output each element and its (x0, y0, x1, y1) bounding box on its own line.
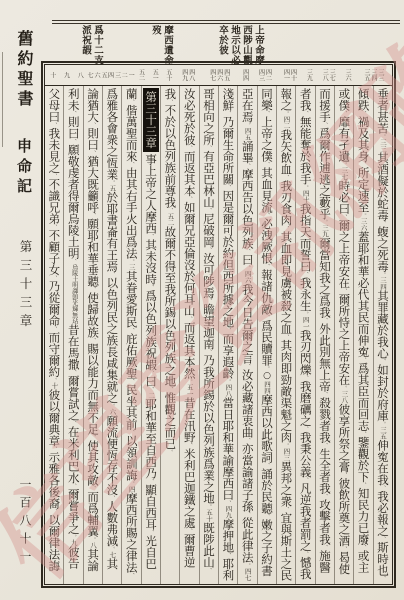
punctuation: 、 (187, 146, 193, 151)
text-column: 而援手、爲爾作逋逃之藪乎。三九爾當知我之爲我、外此別無上帝、殺戮者我、生全者我、… (315, 86, 334, 584)
verse-number: 三八 (340, 391, 348, 404)
punctuation: 、 (225, 553, 231, 558)
summary-annotation-group: 上帝命摩西陟山觀地示以必卒於彼 (216, 25, 264, 65)
section-circle: ○ (262, 371, 272, 381)
punctuation: 、 (148, 530, 154, 535)
punctuation: 、 (167, 100, 173, 105)
gloss-note: 烏陵土明譯卽光輝無玷 (71, 264, 78, 324)
punctuation: 、 (361, 432, 367, 437)
verse-strip-number: 五二 (137, 69, 143, 81)
verse-strip-number: 四五 (223, 69, 229, 81)
punctuation: 、 (380, 221, 386, 226)
punctuation: 、 (303, 427, 309, 432)
text-column: 或僕、靡有孑遺。三七時必曰、爾之上帝安在、爾所恃之上帝安在。三八彼享所祭之膏、彼… (334, 86, 353, 584)
punctuation: 、 (148, 285, 154, 290)
verse-number: 四 (128, 486, 136, 493)
verse-strip-cell: 一二 (120, 72, 134, 78)
punctuation: 、 (51, 225, 57, 230)
punctuation: 、 (90, 287, 96, 292)
verse-strip-number: 四三 (258, 69, 264, 81)
verse-strip-number: 十 (49, 72, 55, 78)
verse-strip-cell: 三九 (302, 69, 316, 81)
verse-number: 四四 (263, 381, 271, 394)
verse-strip-cell: 十 (45, 72, 59, 78)
verse-strip-number: 四 (106, 72, 112, 78)
punctuation: 、 (71, 421, 77, 426)
text-column: 同樂、上帝之僕、其血見流、必洩厥恨、報諸仇敵、爲民贖罪。○四四摩西以此歌詞、誦於… (257, 86, 276, 584)
punctuation: 、 (380, 359, 386, 364)
text-column: 第三十三章事上帝之人摩西、其未沒時、爲以色列族祝嘏、曰、二耶和華至自西乃、顯自西… (141, 86, 160, 584)
punctuation: 、 (341, 547, 347, 552)
summary-annotation-column: 地示以必 (228, 25, 240, 65)
punctuation: 、 (245, 364, 251, 369)
text-column: 蘭、偕萬聖而來、由其右手火出爲法。三其眷愛斯民、庇佑厥聖、民坐其前、以領訓誨。四… (121, 86, 140, 584)
punctuation: 、 (303, 552, 309, 557)
verse-strip-number: 三六 (344, 69, 350, 81)
verse-strip-number: 七 (86, 72, 92, 78)
verse-strip-cell: 四五四六四七 (200, 69, 238, 81)
punctuation: 、 (303, 111, 309, 116)
punctuation: 、 (206, 248, 212, 253)
verse-number: 四六 (244, 271, 252, 284)
summary-annotation-column: 歿 (149, 25, 161, 65)
verse-number: 三三 (379, 139, 387, 152)
punctuation: 、 (187, 197, 193, 202)
page-edge-line (2, 52, 3, 147)
punctuation: 、 (129, 162, 135, 167)
punctuation: 、 (206, 350, 212, 355)
scanned-page-background: 舊約聖書 申命記 第三十三章 一百八十一 上帝命摩西陟山觀地示以必卒於彼摩西遺命… (0, 0, 404, 600)
punctuation: 、 (245, 249, 251, 254)
verse-strip-cell: 三六 (340, 69, 354, 81)
punctuation: 、 (51, 174, 57, 179)
punctuation: 、 (264, 162, 270, 167)
verse-strip-number: 八 (76, 72, 82, 78)
text-column: 父母曰、我未見之、不識兄弟、不顧子女、乃從爾命、而守爾約。十彼以爾典章、示雅各後… (45, 86, 63, 584)
text-column: 利未、則曰、願敬虔者得爾烏陵土明、烏陵土明譯卽光輝無玷昔在馬撒、爾嘗試之、在米利… (63, 86, 82, 584)
punctuation: 、 (187, 317, 193, 322)
verse-strip-cell: 四四 (238, 69, 252, 81)
text-column: 亞在焉。四五誦畢、摩西告以色列族、曰、四六我今日告爾之言、汝必藏諸衷曲、亦當諭諸… (237, 86, 256, 584)
text-border-box: 三三三四三五三六三七三八三九四十四一四二四三四四四五四六四七四八四九五十五一五二… (41, 61, 396, 588)
verse-strip-number: 三七 (328, 69, 334, 81)
top-margin-rule (52, 20, 400, 24)
chapter-label: 第三十三章 (16, 240, 34, 333)
text-column: 報之。四二我矢飲血、我刃食肉、其血即見虜被殺之血、其肉即勁敵渠魁之肉。四三異邦之… (276, 86, 295, 584)
section-title: 申命記 (14, 138, 35, 198)
punctuation: 、 (225, 185, 231, 190)
punctuation: 、 (71, 111, 77, 116)
verse-strip-number: 一 (127, 72, 133, 78)
punctuation: 、 (380, 576, 386, 581)
summary-annotation-group: 摩西遺命歿 (149, 25, 173, 65)
verse-number: 四三 (282, 448, 290, 461)
punctuation: 、 (264, 463, 270, 468)
verse-number: 四九 (224, 506, 232, 519)
punctuation: 、 (264, 315, 270, 320)
punctuation: 、 (129, 379, 135, 384)
text-column: 者我、無能奪於我手。四十我指天而誓曰、我永生。四一我刃閃爍、我磨礪之、我秉公義、… (295, 86, 314, 584)
verse-number: 三六 (360, 218, 368, 231)
punctuation: 、 (90, 123, 96, 128)
punctuation: 、 (361, 483, 367, 488)
verse-number: 三 (128, 264, 136, 271)
punctuation: 、 (380, 486, 386, 491)
verse-number: 四二 (282, 116, 290, 129)
punctuation: 、 (90, 486, 96, 491)
verse-strip-number: 三八 (321, 69, 327, 81)
punctuation: 、 (167, 387, 173, 392)
punctuation: 、 (322, 318, 328, 323)
verse-number: 二 (147, 392, 155, 399)
verse-strip-number: 三三 (377, 69, 383, 81)
text-column: 哥相向之所、有亞巴林山、尼破岡、汝可陟焉、瞻望迦南、乃我所錫於以色列族爲業之地。… (199, 86, 218, 584)
punctuation: 、 (109, 496, 115, 501)
punctuation: 、 (341, 111, 347, 116)
punctuation: 、 (245, 438, 251, 443)
verse-strip-cell: 三三三四三五 (354, 69, 392, 81)
verse-number: 五一 (186, 384, 194, 397)
summary-annotation-column: 爲十二支 (91, 25, 103, 65)
verse-strip-number: 四二 (265, 69, 271, 81)
punctuation: 、 (322, 443, 328, 448)
verse-number: 四八 (224, 384, 232, 397)
punctuation: 、 (90, 151, 96, 156)
punctuation: 、 (283, 507, 289, 512)
punctuation: 、 (322, 123, 328, 128)
verse-strip-cell: 五十 (161, 69, 175, 81)
verse-strip-cell: 九 (59, 72, 73, 78)
punctuation: 、 (283, 335, 289, 340)
punctuation: 、 (303, 376, 309, 381)
punctuation: 、 (206, 146, 212, 151)
text-border-box-inner: 三三三四三五三六三七三八三九四十四一四二四三四四四五四六四七四八四九五十五一五二… (44, 64, 393, 585)
punctuation: 、 (71, 370, 77, 375)
verse-strip-number: 三五 (363, 69, 369, 81)
verse-strip-number: 六 (93, 72, 99, 78)
text-column: 汝必死於彼、而返其本、如爾兄亞倫沒於何耳山、而返其本然。五一昔在汛野、米利巴迦鐵… (179, 86, 198, 584)
text-column: 爲雅各會衆之恆業。五於耶書崙有王焉、以色列民之族長咸集就之。六願流便恆存不沒、人… (102, 86, 121, 584)
verse-number: 七 (108, 552, 116, 559)
verse-strip-cell: 三七三八 (315, 69, 340, 81)
punctuation: 、 (283, 226, 289, 231)
text-column: 淺鮮、乃爾生命所關、因是爾可於約但西所據之地、而享遐齡。四八當日耶和華諭摩西曰、… (218, 86, 237, 584)
verse-strip-number: 三四 (370, 69, 376, 81)
verse-strip-cell: 三四 (106, 72, 120, 78)
verse-strip-number: 九 (63, 72, 69, 78)
punctuation: 、 (303, 478, 309, 483)
punctuation: 、 (129, 430, 135, 435)
summary-annotation-group: 爲十二支派祝嘏 (79, 25, 103, 65)
verse-strip-number: 五十 (165, 69, 171, 81)
punctuation: 、 (303, 272, 309, 277)
summary-annotation-column: 卒於彼 (216, 25, 228, 65)
verse-strip-number: 四一 (283, 69, 289, 81)
verse-number: 八 (89, 542, 97, 549)
verse-number: 三九 (321, 225, 329, 238)
verse-strip-number: 四八 (188, 69, 194, 81)
punctuation: 、 (341, 215, 347, 220)
verse-number: 三四 (379, 277, 387, 290)
verse-strip-cell: 四八四九 (175, 69, 200, 81)
text-column: 垂者甚苦。三三其酒儗於蛇毒、蝮之死毒。三四其罪藏於我心、如封於府庫。三五伸寃在我… (373, 86, 392, 584)
punctuation: 、 (225, 111, 231, 116)
chapter-heading: 第三十三章 (143, 88, 159, 152)
verse-strip-number: 四十 (290, 69, 296, 81)
punctuation: 、 (51, 327, 57, 332)
punctuation: 、 (71, 484, 77, 489)
punctuation: 、 (51, 123, 57, 128)
punctuation: 、 (129, 100, 135, 105)
verse-strip-number: 三 (113, 72, 119, 78)
verse-number-strip: 三三三四三五三六三七三八三九四十四一四二四三四四四五四六四七四八四九五十五一五二… (45, 65, 392, 86)
verse-number: 三五 (379, 427, 387, 440)
punctuation: 、 (361, 545, 367, 550)
summary-annotation-column: 派祝嘏 (79, 25, 91, 65)
verse-strip-number: 五一 (151, 69, 157, 81)
punctuation: 、 (129, 328, 135, 333)
scripture-columns: 垂者甚苦。三三其酒儗於蛇毒、蝮之死毒。三四其罪藏於我心、如封於府庫。三五伸寃在我… (45, 86, 392, 584)
page-number: 一百八十一 (17, 478, 34, 568)
punctuation: 、 (51, 276, 57, 281)
verse-number: 四五 (244, 128, 252, 141)
punctuation: 、 (264, 111, 270, 116)
verse-strip-cell: 五一 (147, 69, 161, 81)
punctuation: 、 (322, 494, 328, 499)
punctuation: 、 (90, 213, 96, 218)
verse-strip-number: 四四 (242, 69, 248, 81)
text-column: 論猶大、則曰、猶大既籲呼、願耶和華垂聽、使歸故族、賜以能力而無不足、使其攻敵、而… (83, 86, 102, 584)
text-column: 傾跌、禍及其身、所定速至。三六蓋耶和華必代其民而伸寃、爲其臣而回志、鑒觀於下、知… (353, 86, 372, 584)
punctuation: 、 (148, 479, 154, 484)
punctuation: 、 (71, 139, 77, 144)
summary-annotation-column: 西陟山觀 (240, 25, 252, 65)
punctuation: 、 (245, 512, 251, 517)
verse-number: 九 (70, 540, 78, 547)
punctuation: 、 (264, 213, 270, 218)
verse-strip-number: 四六 (216, 69, 222, 81)
verse-strip-cell: 四十四一 (277, 69, 302, 81)
punctuation: 、 (109, 272, 115, 277)
punctuation: 、 (51, 509, 57, 514)
verse-strip-cell: 五二 (134, 69, 148, 81)
punctuation: 、 (206, 568, 212, 573)
verse-strip-number: 四七 (209, 69, 215, 81)
punctuation: 。 (167, 450, 173, 455)
verse-number: 五十 (205, 509, 213, 522)
summary-annotation-column: 上帝命摩 (252, 25, 264, 65)
punctuation: 、 (361, 162, 367, 167)
punctuation: 、 (361, 358, 367, 363)
punctuation: 、 (264, 514, 270, 519)
verse-number: 十 (50, 383, 58, 390)
punctuation: 、 (380, 537, 386, 542)
verse-number: 三七 (340, 167, 348, 180)
verse-number: 四十 (302, 190, 310, 203)
verse-number: 四一 (302, 317, 310, 330)
verse-number: 五二 (166, 213, 174, 226)
punctuation: 、 (322, 392, 328, 397)
punctuation: 、 (283, 175, 289, 180)
punctuation: 、 (148, 371, 154, 376)
book-title: 舊約聖書 (13, 30, 36, 110)
verse-strip-number: 三九 (305, 69, 311, 81)
verse-strip-cell: 八 (72, 72, 86, 78)
punctuation: 、 (187, 443, 193, 448)
verse-number: 六 (108, 409, 116, 416)
verse-number: 五 (108, 185, 116, 192)
punctuation: 、 (264, 264, 270, 269)
punctuation: 、 (206, 299, 212, 304)
punctuation: 、 (90, 338, 96, 343)
punctuation: 、 (90, 435, 96, 440)
punctuation: 、 (322, 545, 328, 550)
verse-number: 四七 (244, 568, 252, 581)
summary-annotation-column: 摩西遺命 (161, 25, 173, 65)
punctuation: 、 (187, 529, 193, 534)
punctuation: 、 (206, 208, 212, 213)
punctuation: 、 (148, 234, 154, 239)
verse-strip-number: 四九 (181, 69, 187, 81)
punctuation: 、 (341, 473, 347, 478)
verse-strip-cell: 五六七 (86, 72, 106, 78)
punctuation: 、 (341, 289, 347, 294)
punctuation: 、 (225, 328, 231, 333)
punctuation: 、 (129, 573, 135, 578)
verse-strip-number: 二 (120, 72, 126, 78)
verse-strip-cell: 四二四三 (252, 69, 277, 81)
punctuation: 、 (245, 164, 251, 169)
punctuation: 、 (51, 447, 57, 452)
punctuation: 、 (361, 111, 367, 116)
text-column: 我、不於以色列族前尊我、五二故爾不得至我所錫以色列族之地、惟觀之而已。 (160, 86, 179, 584)
